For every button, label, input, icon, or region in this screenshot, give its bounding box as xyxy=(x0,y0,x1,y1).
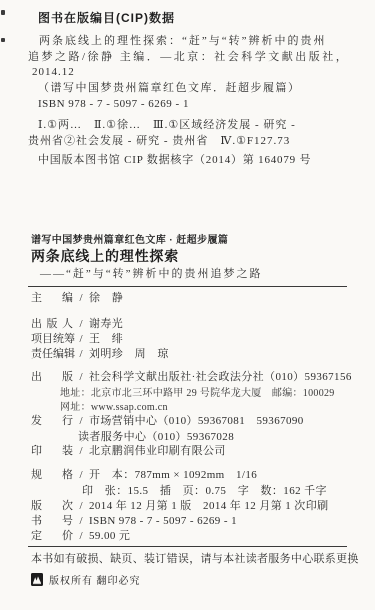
book-subtitle: ——“赶”与“转”辨析中的贵州追梦之路 xyxy=(40,268,263,282)
reader-service-line: 读者服务中心（010）59367028 xyxy=(78,431,234,445)
slash-separator: / xyxy=(73,515,89,529)
slash-separator: / xyxy=(73,500,89,514)
publisher-logo-icon xyxy=(31,573,43,591)
cip-classification-line2: 贵州省②社会发展 - 研究 - 贵州省 Ⅳ.①F127.73 xyxy=(28,135,290,149)
series-name: 谱写中国梦贵州篇章红色文库 · 赶超步履篇 xyxy=(31,235,228,248)
book-title: 两条底线上的理性探索 xyxy=(31,248,179,266)
cip-heading: 图书在版编目(CIP)数据 xyxy=(38,11,175,26)
pub-value: 北京鹏润伟业印刷有限公司 xyxy=(89,445,226,459)
cip-series-note: （谱写中国梦贵州篇章红色文库．赶超步履篇） xyxy=(38,82,301,96)
divider-top xyxy=(28,286,347,287)
pub-value: ISBN 978 - 7 - 5097 - 6269 - 1 xyxy=(89,515,237,529)
cip-description-line1: 两条底线上的理性探索：“赶”与“转”辨析中的贵州 xyxy=(39,35,327,49)
pub-label: 规格 xyxy=(31,469,73,483)
credit-value: 谢寿光 xyxy=(89,318,123,332)
cip-record-number: 中国版本图书馆 CIP 数据核字（2014）第 164079 号 xyxy=(38,154,311,168)
spec-line2: 印 张：15.5 插 页：0.75 字 数：162 千字 xyxy=(82,485,327,499)
pub-value: 市场营销中心（010）59367081 59367090 xyxy=(89,415,304,429)
damage-replacement-note: 本书如有破损、缺页、装订错误，请与本社读者服务中心联系更换 xyxy=(31,553,359,567)
copyright-text: 版权所有 翻印必究 xyxy=(49,576,141,589)
slash-separator: / xyxy=(73,333,89,347)
credit-value: 徐 静 xyxy=(89,292,123,306)
pub-row-edition: 版次 / 2014 年 12 月第 1 版 2014 年 12 月第 1 次印刷 xyxy=(31,500,329,514)
scan-artifact xyxy=(1,10,5,15)
slash-separator: / xyxy=(73,292,89,306)
cip-description-line3: 2014.12 xyxy=(32,66,75,80)
book-copyright-page: 图书在版编目(CIP)数据 两条底线上的理性探索：“赶”与“转”辨析中的贵州 追… xyxy=(0,0,375,610)
slash-separator: / xyxy=(73,415,89,429)
divider-bottom xyxy=(28,546,347,547)
credit-label: 责任编辑 xyxy=(31,348,73,362)
pub-row-printing: 印装 / 北京鹏润伟业印刷有限公司 xyxy=(31,445,226,459)
pub-label: 书号 xyxy=(31,515,73,529)
copyright-line: 版权所有 翻印必究 xyxy=(31,573,141,591)
pub-value: 开 本：787mm × 1092mm 1/16 xyxy=(89,469,257,483)
slash-separator: / xyxy=(73,371,89,385)
credit-value: 王 绯 xyxy=(89,333,123,347)
pub-row-distribution: 发行 / 市场营销中心（010）59367081 59367090 xyxy=(31,415,304,429)
pub-value: 2014 年 12 月第 1 版 2014 年 12 月第 1 次印刷 xyxy=(89,500,329,514)
pub-row-isbn: 书号 / ISBN 978 - 7 - 5097 - 6269 - 1 xyxy=(31,515,237,529)
scan-artifact xyxy=(1,38,5,42)
pub-row-publisher: 出版 / 社会科学文献出版社·社会政法分社（010）59367156 xyxy=(31,371,352,385)
cip-description-line2: 追梦之路/徐静 主编．—北京：社会科学文献出版社， xyxy=(28,51,349,65)
publisher-website: 网址：www.ssap.com.cn xyxy=(60,402,168,415)
cip-isbn: ISBN 978 - 7 - 5097 - 6269 - 1 xyxy=(38,98,189,112)
pub-label: 版次 xyxy=(31,500,73,514)
cip-classification-line1: Ⅰ.①两… Ⅱ.①徐… Ⅲ.①区域经济发展 - 研究 - xyxy=(38,119,296,133)
slash-separator: / xyxy=(73,469,89,483)
pub-value: 社会科学文献出版社·社会政法分社（010）59367156 xyxy=(89,371,352,385)
credit-label: 项目统筹 xyxy=(31,333,73,347)
slash-separator: / xyxy=(73,445,89,459)
publisher-address: 地址：北京市北三环中路甲 29 号院华龙大厦 邮编：100029 xyxy=(60,388,335,401)
pub-row-price: 定价 / 59.00 元 xyxy=(31,530,130,544)
credit-row-chief-editor: 主编 / 徐 静 xyxy=(31,292,123,306)
credit-label: 出版人 xyxy=(31,318,73,332)
pub-row-format: 规格 / 开 本：787mm × 1092mm 1/16 xyxy=(31,469,257,483)
credit-row-project-coordinator: 项目统筹 / 王 绯 xyxy=(31,333,123,347)
slash-separator: / xyxy=(73,348,89,362)
credit-row-publisher-person: 出版人 / 谢寿光 xyxy=(31,318,123,332)
pub-label: 定价 xyxy=(31,530,73,544)
pub-label: 印装 xyxy=(31,445,73,459)
slash-separator: / xyxy=(73,530,89,544)
credit-label: 主编 xyxy=(31,292,73,306)
credit-row-responsible-editor: 责任编辑 / 刘明珍 周 琼 xyxy=(31,348,169,362)
pub-label: 出版 xyxy=(31,371,73,385)
credit-value: 刘明珍 周 琼 xyxy=(89,348,169,362)
slash-separator: / xyxy=(73,318,89,332)
pub-value: 59.00 元 xyxy=(89,530,130,544)
pub-label: 发行 xyxy=(31,415,73,429)
